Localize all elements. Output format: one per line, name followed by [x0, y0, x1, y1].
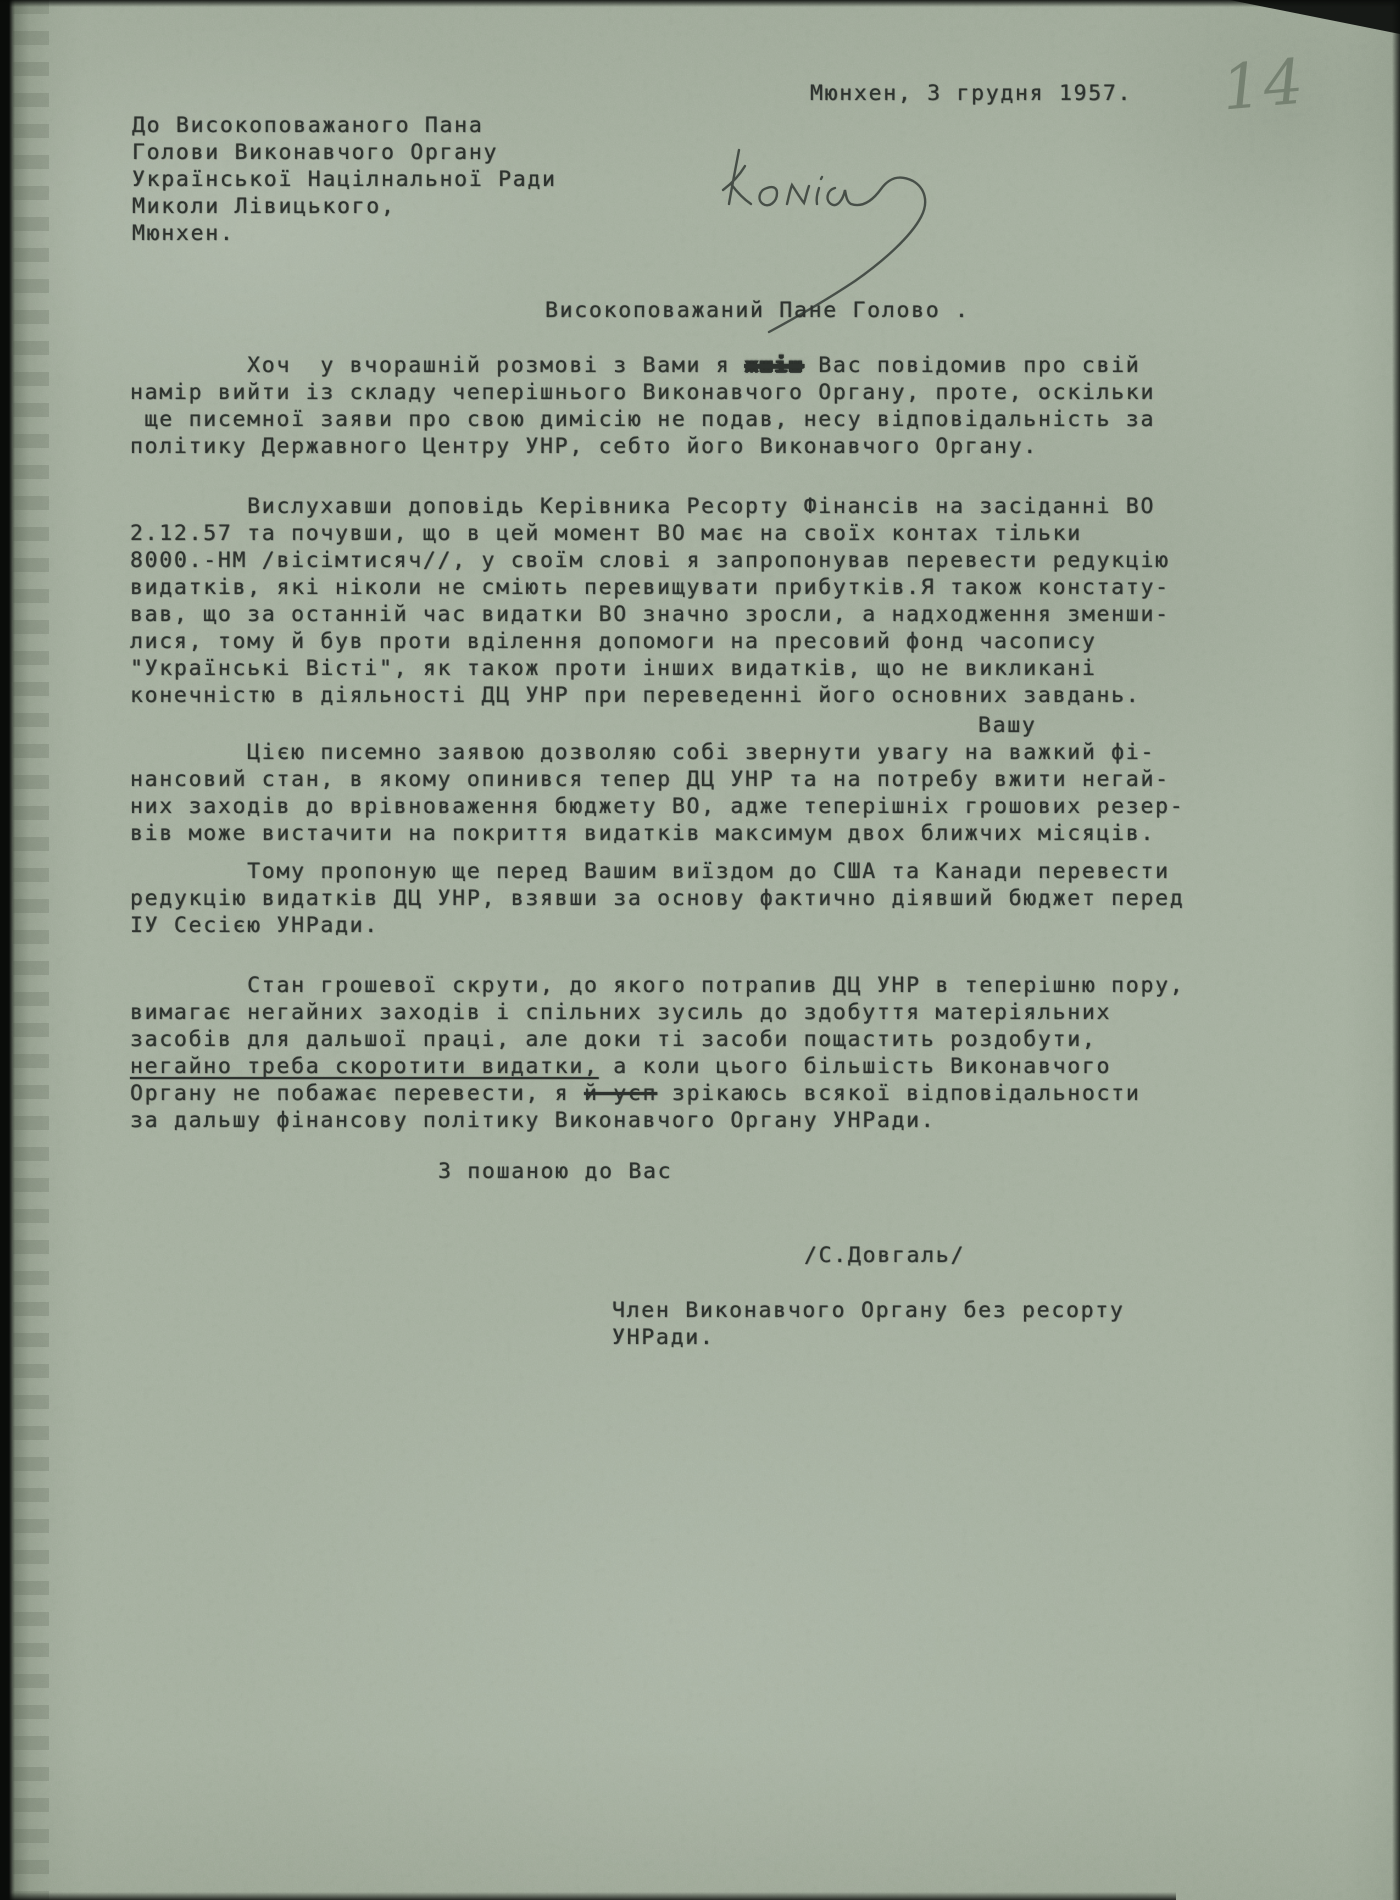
scan-edge-top: [0, 0, 1400, 7]
paragraph-3: Цією писемно заявою дозволяю собі зверну…: [130, 739, 1184, 847]
struck-words: й усп: [584, 1081, 657, 1106]
signer-title: Член Виконавчого Органу без ресорту УНРа…: [612, 1297, 1125, 1351]
recipient-address: До Високоповажаного Пана Голови Виконавч…: [132, 112, 557, 247]
paragraph-4: Тому пропоную ще перед Вашим виїздом до …: [130, 858, 1184, 939]
paper-texture: [0, 0, 1400, 1900]
overstruck-word: жшіш: [745, 353, 804, 378]
paper-speckle: [0, 0, 1400, 1900]
salutation: Високоповажаний Пане Голово .: [545, 297, 970, 324]
closing-line: З пошаною до Вас: [438, 1158, 672, 1185]
scan-edge-right: [1392, 0, 1400, 1900]
dateline: Мюнхен, 3 грудня 1957.: [810, 80, 1132, 107]
stray-typed-word: Вашу: [978, 712, 1037, 739]
scan-edge-left: [0, 0, 15, 1900]
scan-edge-bottom: [0, 1892, 1176, 1900]
paper-torn-edge-left: [13, 0, 49, 1900]
typed-signature: /С.Довгаль/: [804, 1242, 965, 1269]
paragraph-5-text: Стан грошевої скрути, до якого потрапив …: [130, 973, 1184, 1052]
paragraph-1-text: Хоч у вчорашній розмові з Вами я: [130, 353, 745, 378]
underlined-phrase: негайно треба скоротити видатки,: [130, 1054, 599, 1079]
paragraph-2: Вислухавши доповідь Керівника Ресорту Фі…: [130, 493, 1170, 709]
scanned-letter-page: 14 Мюнхен, 3 грудня 1957. До Високоповаж…: [0, 0, 1400, 1900]
scan-corner-top-right: [1230, 0, 1400, 34]
paragraph-5: Стан грошевої скрути, до якого потрапив …: [130, 972, 1184, 1134]
page-number-pencil: 14: [1219, 45, 1308, 125]
paragraph-1: Хоч у вчорашній розмові з Вами я жшіш Ва…: [130, 352, 1155, 460]
